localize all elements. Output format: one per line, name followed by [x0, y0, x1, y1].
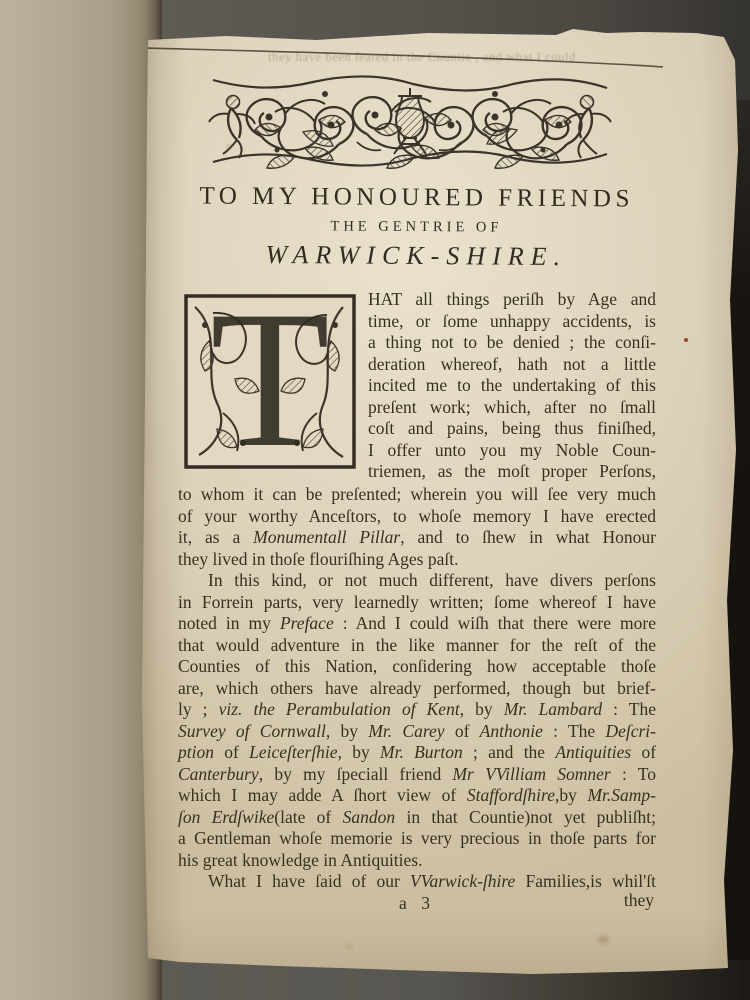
book-page: they have been ſeated in the Countie , a…: [136, 24, 740, 974]
dedication-heading: TO MY HONOURED FRIENDS THE GENTRIE OF WA…: [178, 182, 656, 272]
text-line: ly ; viz. the Perambulation of Kent, by …: [178, 699, 656, 721]
stain-spot: [598, 935, 609, 944]
text-line: ſon Erdſwike(late of Sandon in that Coun…: [178, 807, 656, 829]
body-lines: to whom it can be preſented; wherein you…: [178, 484, 656, 893]
text-line: in Forrein parts, very learnedly written…: [178, 592, 656, 614]
text-line: preſent work; which, after no ſmall: [368, 397, 656, 419]
text-line: of your worthy Anceſtors, to whoſe memor…: [178, 506, 656, 528]
text-line: I offer unto you my Noble Coun-: [368, 440, 656, 462]
headpiece-woodcut-icon: [207, 72, 613, 170]
stain-spot: [226, 144, 232, 149]
text-line: What I have ſaid of our VVarwick-ſhire F…: [178, 871, 656, 893]
heading-line-3: WARWICK-SHIRE.: [178, 239, 655, 272]
drop-cap-letter: T: [210, 293, 330, 470]
gathering-signature: a 3: [399, 893, 435, 913]
body-text: to whom it can be preſented; wherein you…: [178, 484, 656, 914]
text-line: a Gentleman whoſe memorie is very precio…: [178, 828, 656, 850]
heading-line-2: THE GENTRIE OF: [178, 217, 655, 237]
book-photograph: they have been ſeated in the Countie , a…: [0, 0, 750, 1000]
text-line: his great knowledge in Antiquities.: [178, 850, 656, 872]
text-line: a thing not to be denied ; the conſi-: [368, 332, 656, 354]
text-line: to whom it can be preſented; wherein you…: [178, 484, 656, 506]
signature-line: a 3 they: [178, 893, 656, 915]
text-line: incited me to the undertaking of this: [368, 375, 656, 397]
text-line: Counties of this Nation, conſidering how…: [178, 656, 656, 678]
catchword: they: [624, 890, 654, 912]
text-line: it, as a Monumentall Pillar, and to ſhew…: [178, 527, 656, 549]
text-line: noted in my Preface : And I could wiſh t…: [178, 613, 656, 635]
stain-spot: [346, 944, 353, 950]
red-ink-speck: [684, 338, 688, 342]
text-line: coſt and pains, being thus finiſhed,: [368, 418, 656, 440]
text-line: Canterbury, by my ſpeciall friend Mr VVi…: [178, 764, 656, 786]
drop-cap-woodcut-icon: T: [183, 293, 357, 470]
text-line: Survey of Cornwall, by Mr. Carey of Anth…: [178, 721, 656, 743]
text-line: deration whereof, hath not a little: [368, 354, 656, 376]
text-line: triemen, as the moſt proper Perſons,: [368, 461, 656, 483]
text-line: are, which others have already performed…: [178, 678, 656, 700]
text-line: which I may adde A ſhort view of Staffor…: [178, 785, 656, 807]
text-line: ption of Leiceſterſhie, by Mr. Burton ; …: [178, 742, 656, 764]
text-line: HAT all things periſh by Age and: [368, 289, 656, 311]
text-line: they lived in thoſe flouriſhing Ages paſ…: [178, 549, 656, 571]
paragraph-1-indented: HAT all things periſh by Age andtime, or…: [368, 289, 656, 483]
text-line: time, or ſome unhappy accidents, is: [368, 311, 656, 333]
text-line: In this kind, or not much different, hav…: [178, 570, 656, 592]
heading-line-1: TO MY HONOURED FRIENDS: [178, 182, 655, 213]
facing-page-edge: [0, 0, 162, 1000]
text-line: that would adventure in the like manner …: [178, 635, 656, 657]
